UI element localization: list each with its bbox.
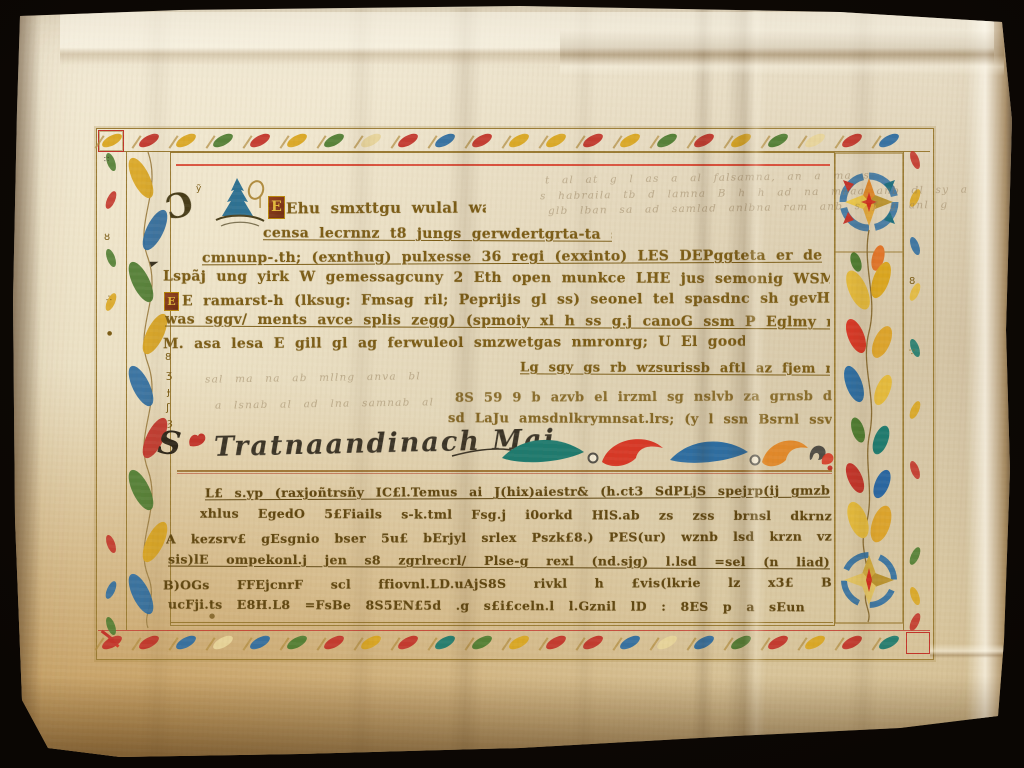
calligraphic-s-glyph: S: [156, 423, 183, 463]
edge-shade-left: [13, 8, 41, 754]
manuscript-line: A kezsrv£ gEsgnio bser 5u£ bErjyl srlex …: [166, 529, 832, 548]
manuscript-line: censa lecrnnz t8 jungs gerwdertgrta-ta s…: [263, 225, 612, 245]
parchment-sheet: Ɔ ỹ ĺ E Ehu smxttgu wulal wanlionrt l sg…: [0, 0, 1024, 768]
margin-glyph: ʃ: [166, 401, 170, 414]
scrollwork-flourish-band: [500, 430, 834, 472]
page-curl-right: [966, 16, 1014, 728]
manuscript-line: sis)lE ompekonl.j jen s8 zgrlrecrl/ Plse…: [168, 552, 830, 571]
manuscript-line: Lspãj ung yirk W gemessagcuny 2 Eth open…: [163, 269, 830, 290]
mid-rule-red: [177, 473, 832, 474]
bottom-shade: [18, 676, 1006, 760]
tilde-mark: ỹ: [196, 184, 201, 194]
fold-crease-top-right: [560, 30, 1004, 76]
left-outer-strip: [99, 152, 125, 630]
margin-glyph: 8: [165, 352, 171, 363]
left-vine-border: [127, 152, 169, 630]
strip-glyph: ●: [107, 330, 112, 337]
manuscript-line: ucFji.ts E8H.L8 =FsBe 8S5EN£5d .g s£i£ce…: [168, 597, 805, 616]
strip-glyph: ∵: [909, 348, 915, 358]
candle-mark: ĺ: [258, 194, 262, 212]
red-rule-bottom: [98, 630, 930, 631]
strip-glyph: 8: [909, 276, 915, 287]
right-outer-strip: [904, 152, 928, 630]
fold-crease-right-mid: [930, 644, 1010, 658]
strip-glyph: ȣ: [104, 232, 110, 243]
manuscript-line: L£ s.yp (raxjoñtrsñy IC£l.Temus ai J(hix…: [205, 483, 830, 502]
manuscript-line: xhlus EgedO 5£Fiails s-k.tml Fsg.j i0ork…: [200, 506, 832, 525]
strip-glyph: ∴: [106, 294, 112, 304]
manuscript-line: Ehu smxttgu wulal wanlionrt l sgv: [286, 199, 486, 218]
manuscript-line: cmnunp-.th; (exnthug) pulxesse 36 regi (…: [202, 248, 822, 269]
photograph-scene: Ɔ ỹ ĺ E Ehu smxttgu wulal wanlionrt l sg…: [0, 0, 1024, 768]
illuminated-initial: E: [268, 196, 285, 219]
frame-bottom-inner-line: [170, 622, 833, 623]
illuminated-initial-2: E: [164, 292, 179, 311]
manuscript-line: was sggv/ ments avce splis zegg) (spmoiy…: [165, 312, 830, 333]
fold-crease-top: [60, 12, 994, 80]
top-garland-border: [100, 131, 930, 151]
gold-dot-mark: ●: [209, 612, 215, 620]
manuscript-line: M. asa lesa E gill gl ag ferwuleol smzwe…: [163, 334, 745, 355]
red-flourish-mark: [186, 430, 208, 450]
manuscript-line: E ramarst-h (lksug: Fmsag ril; Peprijis …: [182, 291, 830, 312]
manuscript-line: 8S 59 9 b azvb el irzml sg nslvb za grns…: [455, 389, 832, 409]
manuscript-line: B)OGs FFEjcnrF scl ffiovnl.LD.uAjS8S riv…: [163, 575, 832, 594]
right-illuminated-panel: [834, 152, 904, 624]
margin-glyph: ɟ: [167, 385, 170, 398]
red-rule-top: [176, 164, 830, 166]
frame-top-inner-line: [98, 151, 930, 152]
panel-leaf-cascade: [840, 244, 896, 545]
margin-glyph: ʒ: [166, 368, 172, 381]
manuscript-line: Lg sgy gs rb wzsurissb aftl az fjem nrd …: [520, 360, 830, 379]
diamond-star-motif: [836, 547, 902, 613]
bottom-garland-border: [100, 633, 930, 653]
corner-glyph: ∷: [104, 155, 109, 164]
